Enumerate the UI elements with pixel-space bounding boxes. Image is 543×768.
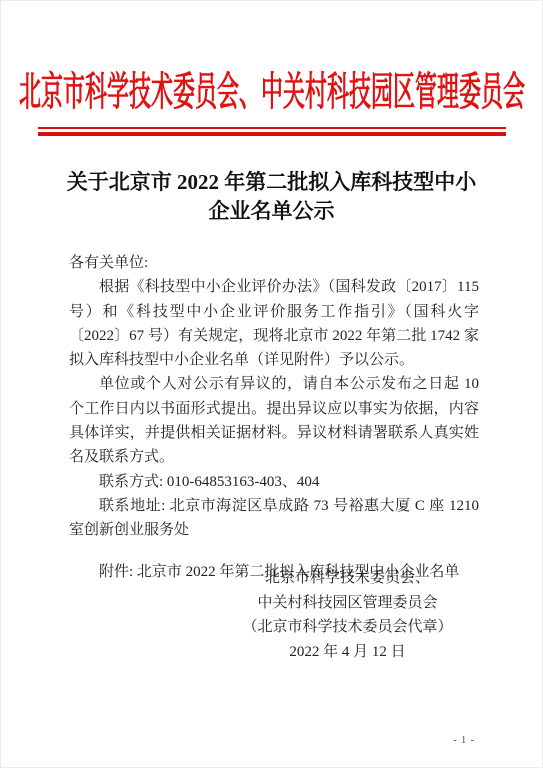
contact-address-line: 联系地址: 北京市海淀区阜成路 73 号裕惠大厦 C 座 1210 室创新创业服… <box>69 494 479 543</box>
letterhead-divider <box>38 127 506 129</box>
paragraph-objection: 单位或个人对公示有异议的，请自本公示发布之日起 10 个工作日内以书面形式提出。… <box>69 372 479 469</box>
signature-date: 2022 年 4 月 12 日 <box>185 640 510 665</box>
document-body: 各有关单位: 根据《科技型中小企业评价办法》（国科发政〔2017〕115 号）和… <box>69 251 479 584</box>
document-title: 关于北京市 2022 年第二批拟入库科技型中小 企业名单公示 <box>30 168 513 226</box>
signature-seal-note: （北京市科学技术委员会代章） <box>185 615 510 640</box>
letterhead: 北京市科学技术委员会、中关村科技园区管理委员会 <box>0 70 543 114</box>
signature-block: 北京市科学技术委员会、 中关村科技园区管理委员会 （北京市科学技术委员会代章） … <box>185 566 510 664</box>
page-number: - 1 - <box>453 735 475 746</box>
document-title-line1: 关于北京市 2022 年第二批拟入库科技型中小 <box>30 168 513 197</box>
letterhead-agency-title: 北京市科学技术委员会、中关村科技园区管理委员会 <box>19 70 525 114</box>
paragraph-basis: 根据《科技型中小企业评价办法》（国科发政〔2017〕115 号）和《科技型中小企… <box>69 275 479 372</box>
document-title-line2: 企业名单公示 <box>30 197 513 226</box>
contact-phone-line: 联系方式: 010-64853163-403、404 <box>69 470 479 494</box>
signature-agency-2: 中关村科技园区管理委员会 <box>185 591 510 616</box>
signature-agency-1: 北京市科学技术委员会、 <box>185 566 510 591</box>
salutation: 各有关单位: <box>69 251 479 275</box>
document-page: 北京市科学技术委员会、中关村科技园区管理委员会 关于北京市 2022 年第二批拟… <box>0 0 543 768</box>
